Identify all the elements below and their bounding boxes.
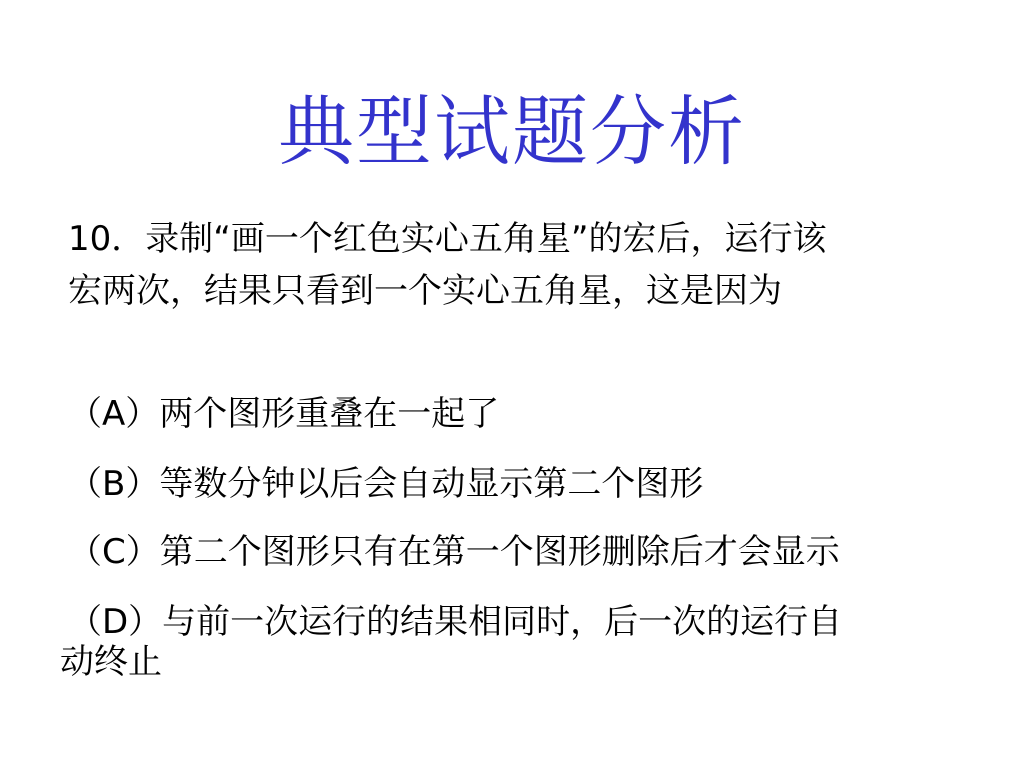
slide-title: 典型试题分析: [0, 82, 1024, 182]
option-d: （D）与前一次运行的结果相同时，后一次的运行自: [68, 596, 842, 648]
question-line-2: 宏两次，结果只看到一个实心五角星，这是因为: [68, 265, 782, 317]
question-line-1: 10．录制“画一个红色实心五角星”的宏后，运行该: [68, 213, 827, 265]
option-c: （C）第二个图形只有在第一个图形删除后才会显示: [68, 526, 840, 578]
option-a: （A）两个图形重叠在一起了: [68, 388, 499, 440]
option-d-continuation: 动终止: [60, 636, 162, 688]
option-b: （B）等数分钟以后会自动显示第二个图形: [68, 458, 703, 510]
